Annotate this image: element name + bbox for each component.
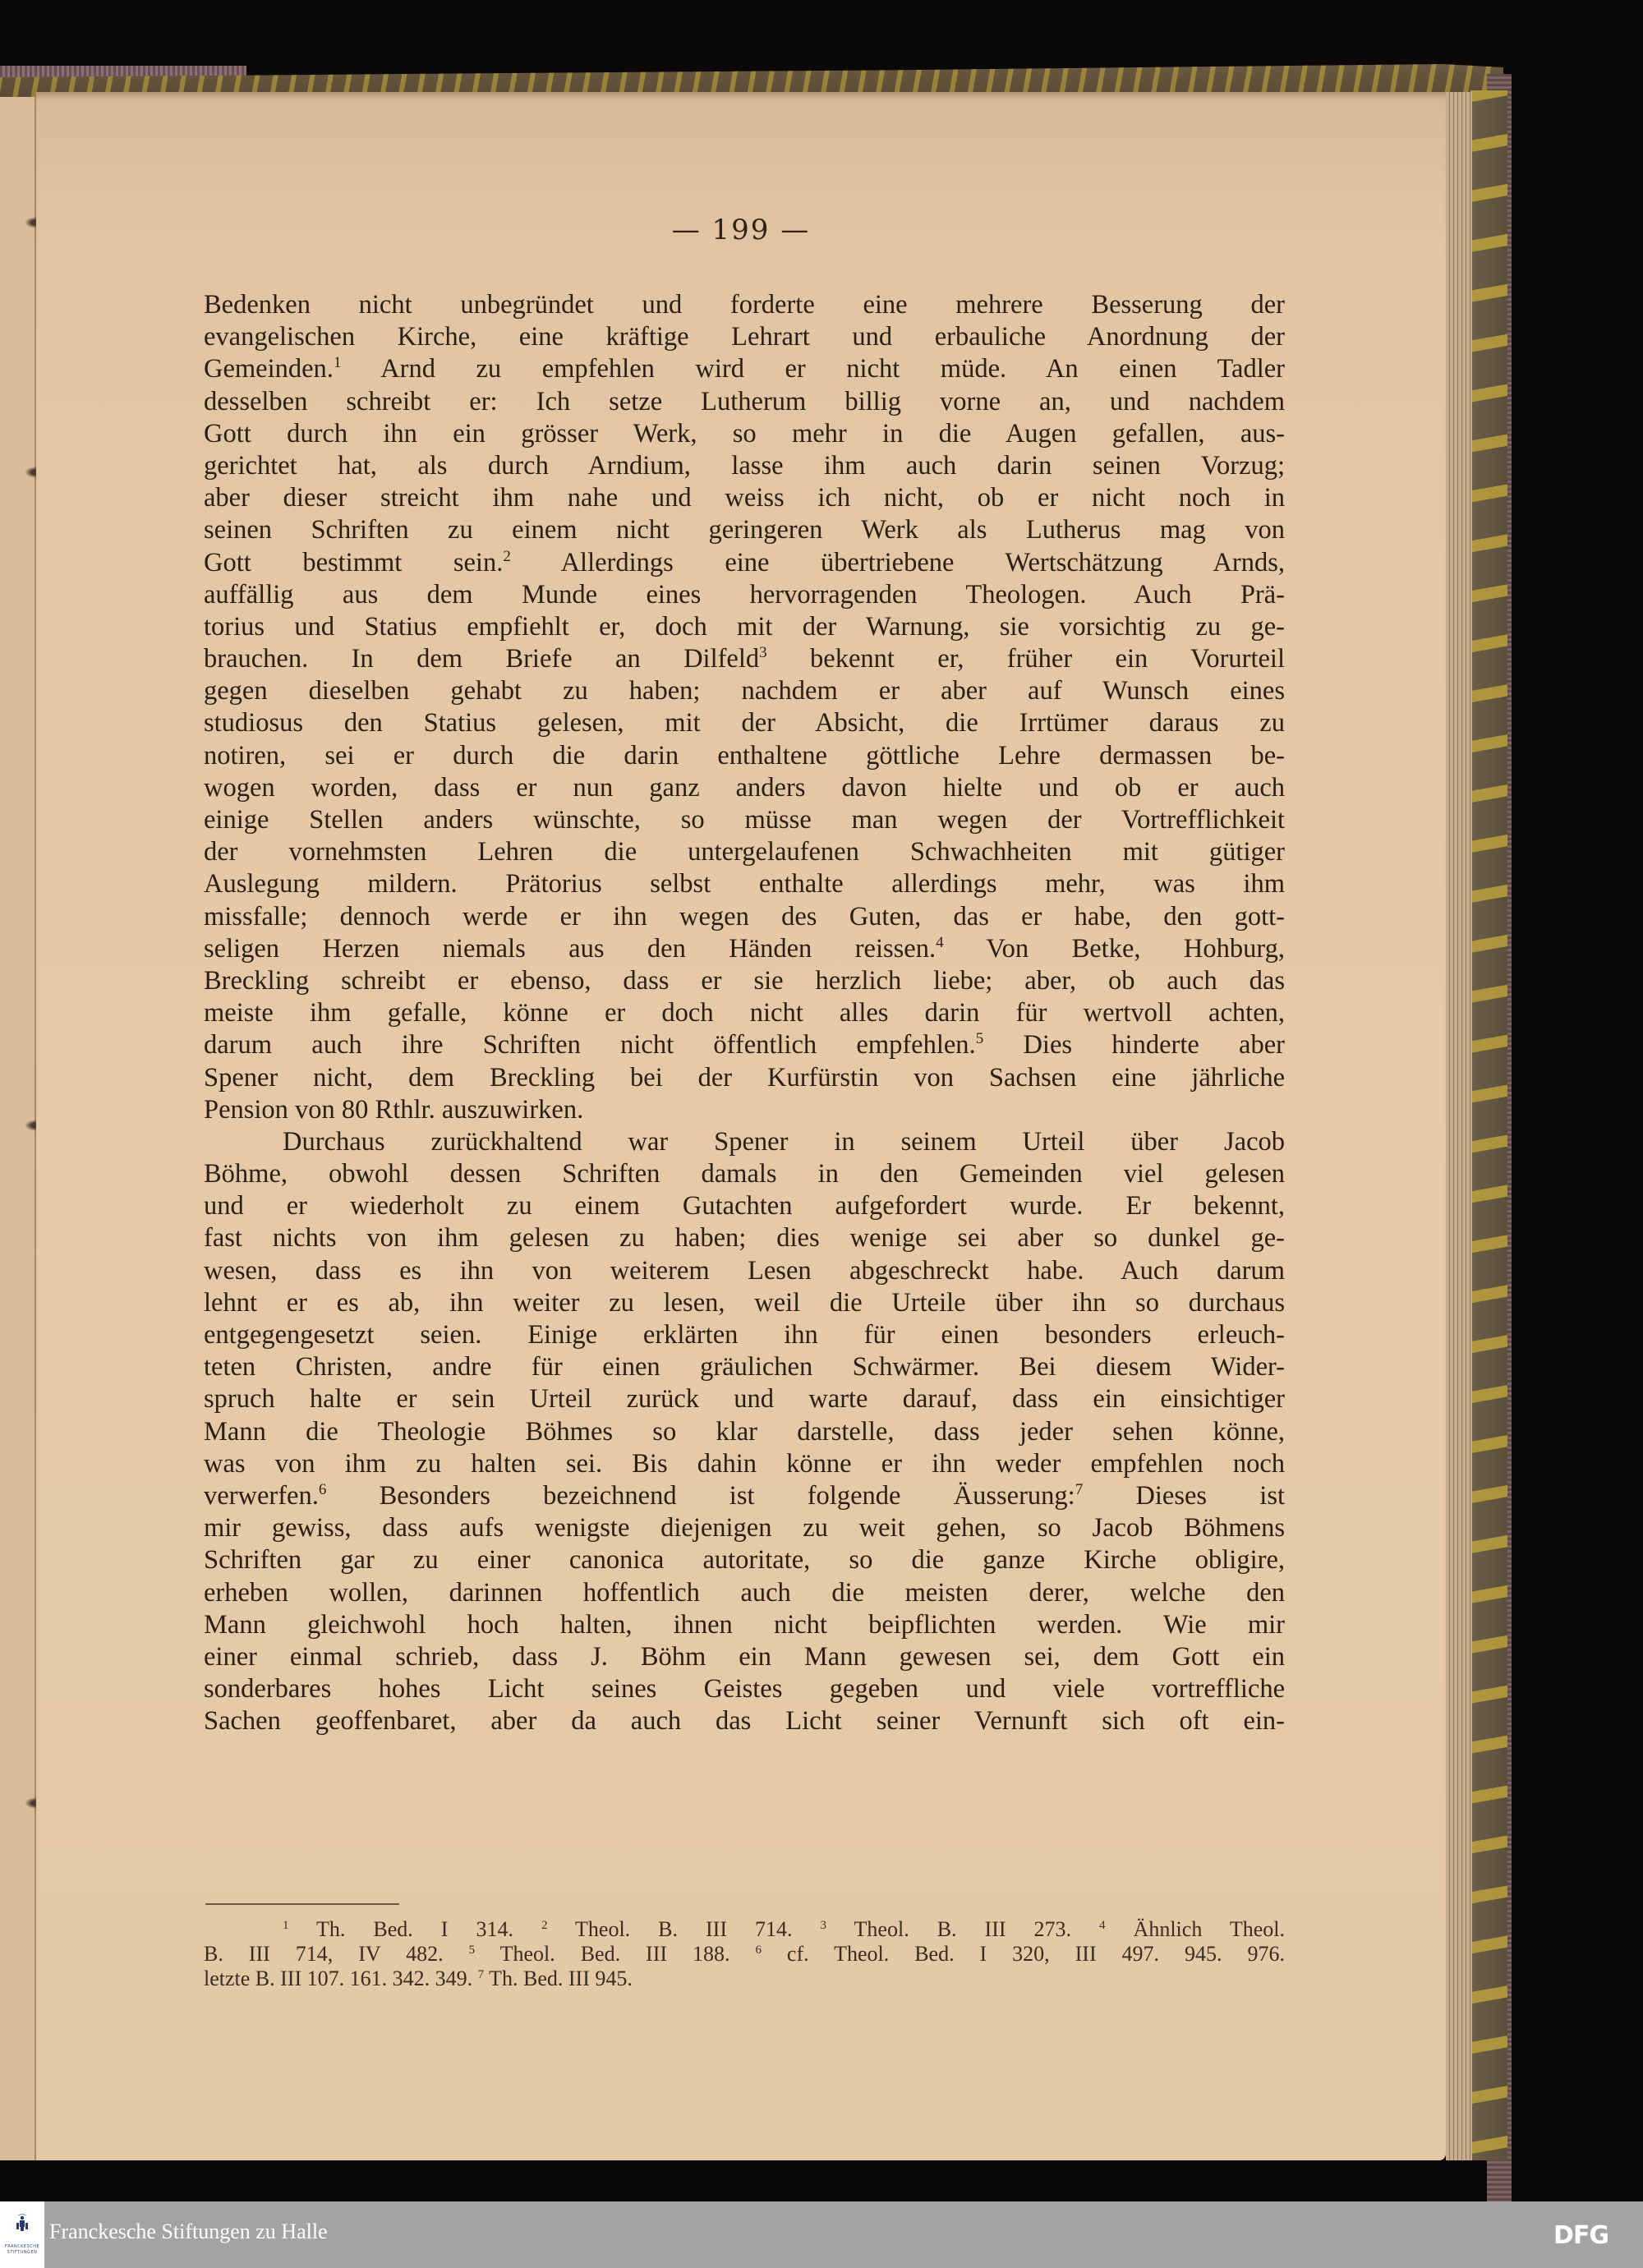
text-line: aber dieser streicht ihm nahe und weiss … <box>204 482 1285 514</box>
text-run: spruch halte er sein Urteil zurück und w… <box>204 1384 1285 1414</box>
text-run: Gemeinden. <box>204 354 334 384</box>
text-line: wogen worden, dass er nun ganz anders da… <box>204 772 1285 804</box>
text-line: lehnt er es ab, ihn weiter zu lesen, wei… <box>204 1287 1285 1319</box>
text-run: teten Christen, andre für einen gräulich… <box>204 1352 1285 1382</box>
text-run: Pension von 80 Rthlr. auszuwirken. <box>204 1095 583 1125</box>
footnote-line: B. III 714, IV 482. 5 Theol. Bed. III 18… <box>204 1942 1285 1967</box>
footnote-text: Theol. B. III 273. <box>826 1917 1099 1941</box>
footnote-marker: 6 <box>319 1481 327 1498</box>
text-line: erheben wollen, darinnen hoffentlich auc… <box>204 1577 1285 1609</box>
book-scan: — 199 — Bedenken nicht unbegründet und f… <box>0 0 1643 2201</box>
text-line: gerichtet hat, als durch Arndium, lasse … <box>204 450 1285 482</box>
text-line: auffällig aus dem Munde eines hervorrage… <box>204 579 1285 611</box>
text-line: seinen Schriften zu einem nicht geringer… <box>204 514 1285 546</box>
text-run: aber dieser streicht ihm nahe und weiss … <box>204 483 1285 513</box>
footnote-text: Theol. B. III 714. <box>547 1917 820 1941</box>
text-run: Breckling schreibt er ebenso, dass er si… <box>204 966 1285 996</box>
text-line: der vornehmsten Lehren die untergelaufen… <box>204 836 1285 868</box>
marbled-right-edge <box>1470 90 1507 2160</box>
text-run: bekennt er, früher ein Vorurteil <box>767 644 1285 674</box>
body-text: Bedenken nicht unbegründet und forderte … <box>204 289 1285 1737</box>
text-run: Dieses ist <box>1083 1481 1285 1511</box>
footnote-line: 1 Th. Bed. I 314. 2 Theol. B. III 714. 3… <box>204 1917 1285 1942</box>
book-page: — 199 — Bedenken nicht unbegründet und f… <box>36 92 1446 2160</box>
logo-figure-icon <box>16 2213 28 2231</box>
text-line: notiren, sei er durch die darin enthalte… <box>204 740 1285 772</box>
text-run: missfalle; dennoch werde er ihn wegen de… <box>204 902 1285 932</box>
text-run: verwerfen. <box>204 1481 319 1511</box>
text-run: studiosus den Statius gelesen, mit der A… <box>204 708 1285 738</box>
logo-caption-line1: FRANCKESCHE <box>2 2244 43 2250</box>
text-line: Pension von 80 Rthlr. auszuwirken. <box>204 1094 1285 1126</box>
page-block-edges <box>1446 92 1472 2160</box>
text-run: auffällig aus dem Munde eines hervorrage… <box>204 580 1285 610</box>
text-run: einige Stellen anders wünschte, so müsse… <box>204 805 1285 835</box>
text-line: studiosus den Statius gelesen, mit der A… <box>204 707 1285 739</box>
text-run: seligen Herzen niemals aus den Händen re… <box>204 934 936 964</box>
footnotes: 1 Th. Bed. I 314. 2 Theol. B. III 714. 3… <box>204 1917 1285 1991</box>
text-run: was von ihm zu halten sei. Bis dahin kön… <box>204 1449 1285 1479</box>
text-line: einige Stellen anders wünschte, so müsse… <box>204 804 1285 836</box>
footnote-marker: 7 <box>1075 1481 1084 1498</box>
text-run: torius und Statius empfiehlt er, doch mi… <box>204 612 1285 642</box>
facing-page-sliver <box>0 97 36 2160</box>
text-line: wesen, dass es ihn von weiterem Lesen ab… <box>204 1255 1285 1287</box>
text-line: darum auch ihre Schriften nicht öffentli… <box>204 1029 1285 1061</box>
text-line: Auslegung mildern. Prätorius selbst enth… <box>204 868 1285 900</box>
text-run: der vornehmsten Lehren die untergelaufen… <box>204 837 1285 867</box>
text-line: meiste ihm gefalle, könne er doch nicht … <box>204 997 1285 1029</box>
text-run: einer einmal schrieb, dass J. Böhm ein M… <box>204 1642 1285 1672</box>
text-run: Dies hinderte aber <box>983 1030 1285 1060</box>
footnote-marker: 2 <box>503 548 511 565</box>
text-line: was von ihm zu halten sei. Bis dahin kön… <box>204 1448 1285 1480</box>
text-line: seligen Herzen niemals aus den Händen re… <box>204 933 1285 965</box>
text-line: Mann die Theologie Böhmes so klar darste… <box>204 1416 1285 1448</box>
footnote-marker: 3 <box>759 644 767 661</box>
dfg-logo[interactable]: DFG <box>1553 2221 1608 2250</box>
text-line: Gemeinden.1 Arnd zu empfehlen wird er ni… <box>204 353 1285 385</box>
text-run: Bedenken nicht unbegründet und forderte … <box>204 290 1285 320</box>
text-line: Spener nicht, dem Breckling bei der Kurf… <box>204 1062 1285 1094</box>
text-run: wesen, dass es ihn von weiterem Lesen ab… <box>204 1256 1285 1286</box>
text-line: Mann gleichwohl hoch halten, ihnen nicht… <box>204 1609 1285 1641</box>
text-run: Auslegung mildern. Prätorius selbst enth… <box>204 869 1285 899</box>
footnote-text: cf. Theol. Bed. I 320, III 497. 945. 976… <box>762 1942 1285 1966</box>
logo-caption-line2: STIFTUNGEN <box>2 2250 43 2256</box>
text-line: brauchen. In dem Briefe an Dilfeld3 beke… <box>204 643 1285 675</box>
text-run: Böhme, obwohl dessen Schriften damals in… <box>204 1159 1285 1189</box>
text-run: gerichtet hat, als durch Arndium, lasse … <box>204 451 1285 481</box>
viewer-footer-bar: FRANCKESCHE STIFTUNGEN Franckesche Stift… <box>0 2201 1643 2268</box>
text-run: erheben wollen, darinnen hoffentlich auc… <box>204 1578 1285 1608</box>
text-run: Schriften gar zu einer canonica autorita… <box>204 1545 1285 1575</box>
text-line: entgegengesetzt seien. Einige erklärten … <box>204 1319 1285 1351</box>
text-run: Mann gleichwohl hoch halten, ihnen nicht… <box>204 1610 1285 1640</box>
text-run: wogen worden, dass er nun ganz anders da… <box>204 773 1285 803</box>
text-line: gegen dieselben gehabt zu haben; nachdem… <box>204 675 1285 707</box>
footnote-number: 6 <box>755 1944 762 1957</box>
footnote-separator <box>205 1903 399 1905</box>
text-run: darum auch ihre Schriften nicht öffentli… <box>204 1030 976 1060</box>
text-line: Schriften gar zu einer canonica autorita… <box>204 1544 1285 1576</box>
text-line: missfalle; dennoch werde er ihn wegen de… <box>204 901 1285 933</box>
text-run: sonderbares hohes Licht seines Geistes g… <box>204 1674 1285 1704</box>
text-run: entgegengesetzt seien. Einige erklärten … <box>204 1320 1285 1350</box>
text-run: lehnt er es ab, ihn weiter zu lesen, wei… <box>204 1288 1285 1318</box>
footnote-number: 5 <box>469 1944 476 1957</box>
text-line: und er wiederholt zu einem Gutachten auf… <box>204 1190 1285 1222</box>
institution-name: Franckesche Stiftungen zu Halle <box>49 2220 328 2244</box>
text-run: gegen dieselben gehabt zu haben; nachdem… <box>204 676 1285 706</box>
text-run: meiste ihm gefalle, könne er doch nicht … <box>204 998 1285 1028</box>
text-run: Gott durch ihn ein grösser Werk, so mehr… <box>204 419 1285 449</box>
footnote-marker: 4 <box>936 934 944 951</box>
text-run: Von Betke, Hohburg, <box>944 934 1285 964</box>
text-run: brauchen. In dem Briefe an Dilfeld <box>204 644 759 674</box>
logo-caption: FRANCKESCHE STIFTUNGEN <box>2 2244 43 2256</box>
text-run: und er wiederholt zu einem Gutachten auf… <box>204 1191 1285 1221</box>
text-run: notiren, sei er durch die darin enthalte… <box>204 741 1285 771</box>
text-line: mir gewiss, dass aufs wenigste diejenige… <box>204 1512 1285 1544</box>
footnote-marker: 5 <box>976 1030 984 1047</box>
text-run: Durchaus zurückhaltend war Spener in sei… <box>283 1127 1285 1157</box>
text-line: Gott bestimmt sein.2 Allerdings eine übe… <box>204 547 1285 579</box>
footnote-text: letzte B. III 107. 161. 342. 349. <box>204 1967 478 1990</box>
franckesche-stiftungen-logo[interactable]: FRANCKESCHE STIFTUNGEN <box>0 2201 44 2268</box>
text-run: Besonders bezeichnend ist folgende Äusse… <box>326 1481 1075 1511</box>
text-line: Sachen geoffenbaret, aber da auch das Li… <box>204 1705 1285 1737</box>
text-line: Durchaus zurückhaltend war Spener in sei… <box>204 1126 1285 1158</box>
footnote-number: 7 <box>478 1968 485 1981</box>
text-line: einer einmal schrieb, dass J. Böhm ein M… <box>204 1641 1285 1673</box>
text-line: Böhme, obwohl dessen Schriften damals in… <box>204 1158 1285 1190</box>
text-run: seinen Schriften zu einem nicht geringer… <box>204 515 1285 545</box>
text-line: spruch halte er sein Urteil zurück und w… <box>204 1383 1285 1415</box>
text-run: Gott bestimmt sein. <box>204 548 503 577</box>
footnote-number: 1 <box>283 1919 289 1932</box>
footnote-text: Th. Bed. III 945. <box>484 1967 633 1990</box>
text-run: mir gewiss, dass aufs wenigste diejenige… <box>204 1513 1285 1543</box>
text-line: torius und Statius empfiehlt er, doch mi… <box>204 611 1285 643</box>
text-line: verwerfen.6 Besonders bezeichnend ist fo… <box>204 1480 1285 1512</box>
text-line: sonderbares hohes Licht seines Geistes g… <box>204 1673 1285 1705</box>
text-line: Breckling schreibt er ebenso, dass er si… <box>204 965 1285 997</box>
footnote-marker: 1 <box>334 354 342 371</box>
footnote-number: 4 <box>1099 1919 1106 1932</box>
footnote-text: B. III 714, IV 482. <box>204 1942 469 1966</box>
text-line: desselben schreibt er: Ich setze Lutheru… <box>204 386 1285 418</box>
footnote-text: Ähnlich Theol. <box>1106 1917 1285 1941</box>
text-line: evangelischen Kirche, eine kräftige Lehr… <box>204 321 1285 353</box>
text-line: fast nichts von ihm gelesen zu haben; di… <box>204 1222 1285 1254</box>
text-run: Allerdings eine übertriebene Wertschätzu… <box>511 548 1285 577</box>
page-number: — 199 — <box>36 214 1446 246</box>
footnote-number: 3 <box>821 1919 827 1932</box>
text-run: Sachen geoffenbaret, aber da auch das Li… <box>204 1706 1285 1736</box>
text-run: evangelischen Kirche, eine kräftige Lehr… <box>204 322 1285 352</box>
text-run: fast nichts von ihm gelesen zu haben; di… <box>204 1223 1285 1253</box>
text-run: Mann die Theologie Böhmes so klar darste… <box>204 1417 1285 1447</box>
text-line: teten Christen, andre für einen gräulich… <box>204 1351 1285 1383</box>
text-run: desselben schreibt er: Ich setze Lutheru… <box>204 387 1285 416</box>
text-line: Gott durch ihn ein grösser Werk, so mehr… <box>204 418 1285 450</box>
text-line: Bedenken nicht unbegründet und forderte … <box>204 289 1285 321</box>
footnote-text: Th. Bed. I 314. <box>289 1917 541 1941</box>
footnote-text: Theol. Bed. III 188. <box>475 1942 755 1966</box>
footnote-line: letzte B. III 107. 161. 342. 349. 7 Th. … <box>204 1967 1285 1991</box>
text-run: Arnd zu empfehlen wird er nicht müde. An… <box>341 354 1285 384</box>
text-run: Spener nicht, dem Breckling bei der Kurf… <box>204 1063 1285 1093</box>
